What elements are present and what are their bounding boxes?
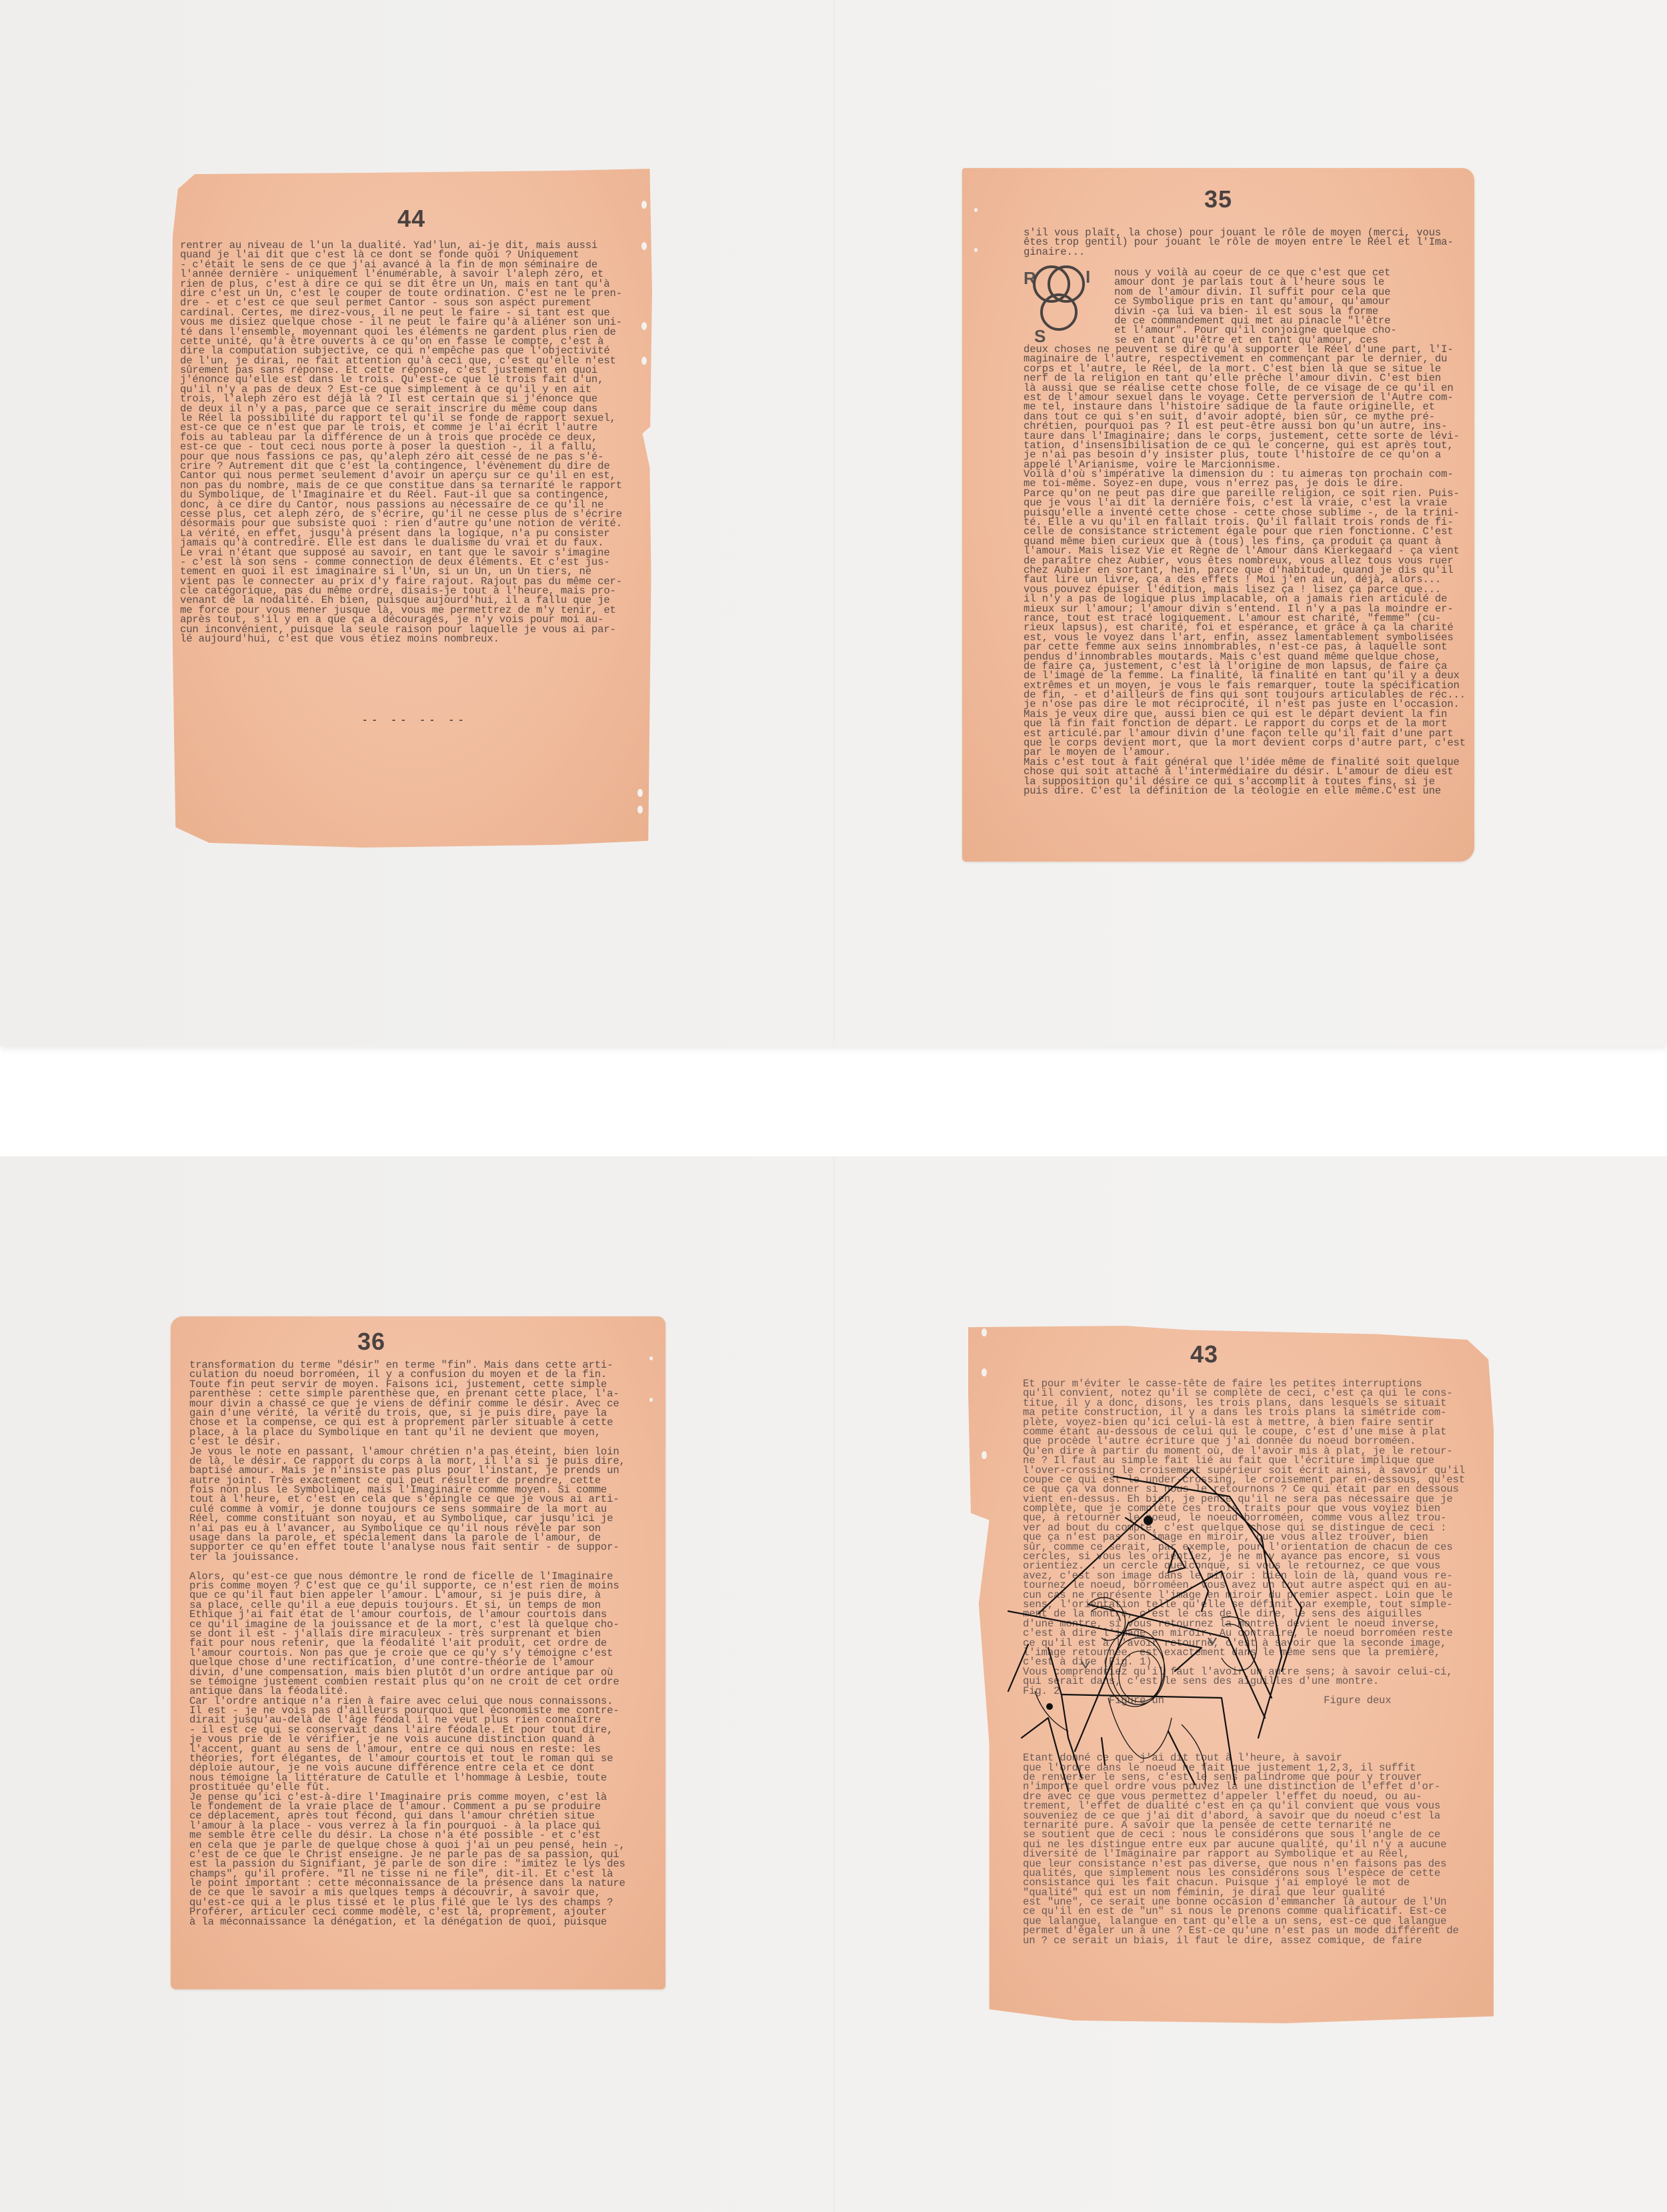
mount-board-top: 44 rentrer au niveau de l'un la dualité.…	[0, 0, 1667, 1046]
text-line: puis dire. C'est la définition de la téo…	[1024, 786, 1466, 796]
page-number: 43	[968, 1340, 1494, 1368]
page-44-sheet: 44 rentrer au niveau de l'un la dualité.…	[171, 169, 652, 848]
punch-hole	[974, 208, 978, 212]
borromean-knot-figure	[1032, 261, 1086, 340]
punch-hole	[982, 1451, 987, 1459]
page-43-sheet: 43 Et pour m'éviter le casse-tête de fai…	[968, 1324, 1494, 2023]
typescript-body-beside-figure: nous y voilà au coeur de ce que c'est qu…	[1114, 268, 1397, 345]
text-line: qui serait dans, c'est le sens des aigui…	[1023, 1677, 1465, 1686]
punch-hole	[641, 201, 647, 209]
text-line	[1023, 1725, 1465, 1734]
typescript-body-intro: s'il vous plaît, la chose) pour jouant l…	[1024, 228, 1454, 257]
text-line: à la méconnaissance la dénégation, et la…	[189, 1917, 625, 1927]
punch-hole	[637, 806, 643, 814]
punch-hole	[641, 322, 647, 330]
typescript-body: transformation du terme "désir" en terme…	[189, 1360, 625, 1927]
knot-label-i: I	[1086, 267, 1090, 287]
text-line	[1023, 1715, 1465, 1725]
text-line: lé aujourd'hui, c'est que vous étiez moi…	[180, 634, 622, 644]
page-number: 44	[171, 205, 652, 233]
text-line	[1023, 1734, 1465, 1743]
board-seam	[833, 0, 834, 1046]
punch-hole	[982, 1328, 987, 1336]
text-line: êtes trop gentil) pour jouant le rôle de…	[1024, 237, 1454, 247]
mount-board-bottom: 36 transformation du terme "désir" en te…	[0, 1156, 1667, 2212]
page-35-sheet: 35 s'il vous plaît, la chose) pour jouan…	[962, 168, 1474, 862]
page-number: 36	[171, 1328, 665, 1356]
punch-hole	[649, 1398, 653, 1402]
punch-hole	[641, 242, 647, 250]
typescript-body: Et pour m'éviter le casse-tête de faire …	[1023, 1379, 1465, 1945]
text-line: ter la jouissance.	[189, 1552, 625, 1562]
board-seam	[833, 1156, 834, 2212]
text-line: Figure un Figure deux	[1023, 1696, 1465, 1705]
punch-hole	[641, 357, 647, 365]
page-number: 35	[962, 185, 1474, 213]
page-36-sheet: 36 transformation du terme "désir" en te…	[171, 1316, 665, 1989]
punch-hole	[974, 248, 978, 252]
end-mark: -- -- -- --	[362, 716, 467, 726]
typescript-body: deux choses ne peuvent se dire qu'à supp…	[1024, 345, 1466, 796]
text-line: un ? ce serait un biais, il faut le dire…	[1023, 1936, 1465, 1945]
text-line: ginaire...	[1024, 247, 1454, 257]
punch-hole	[649, 1356, 653, 1360]
text-line	[1023, 1705, 1465, 1715]
punch-hole	[982, 1937, 987, 1945]
punch-hole	[982, 1905, 987, 1913]
typescript-body: rentrer au niveau de l'un la dualité. Ya…	[180, 241, 622, 644]
punch-hole	[637, 789, 643, 797]
punch-hole	[982, 1368, 987, 1376]
